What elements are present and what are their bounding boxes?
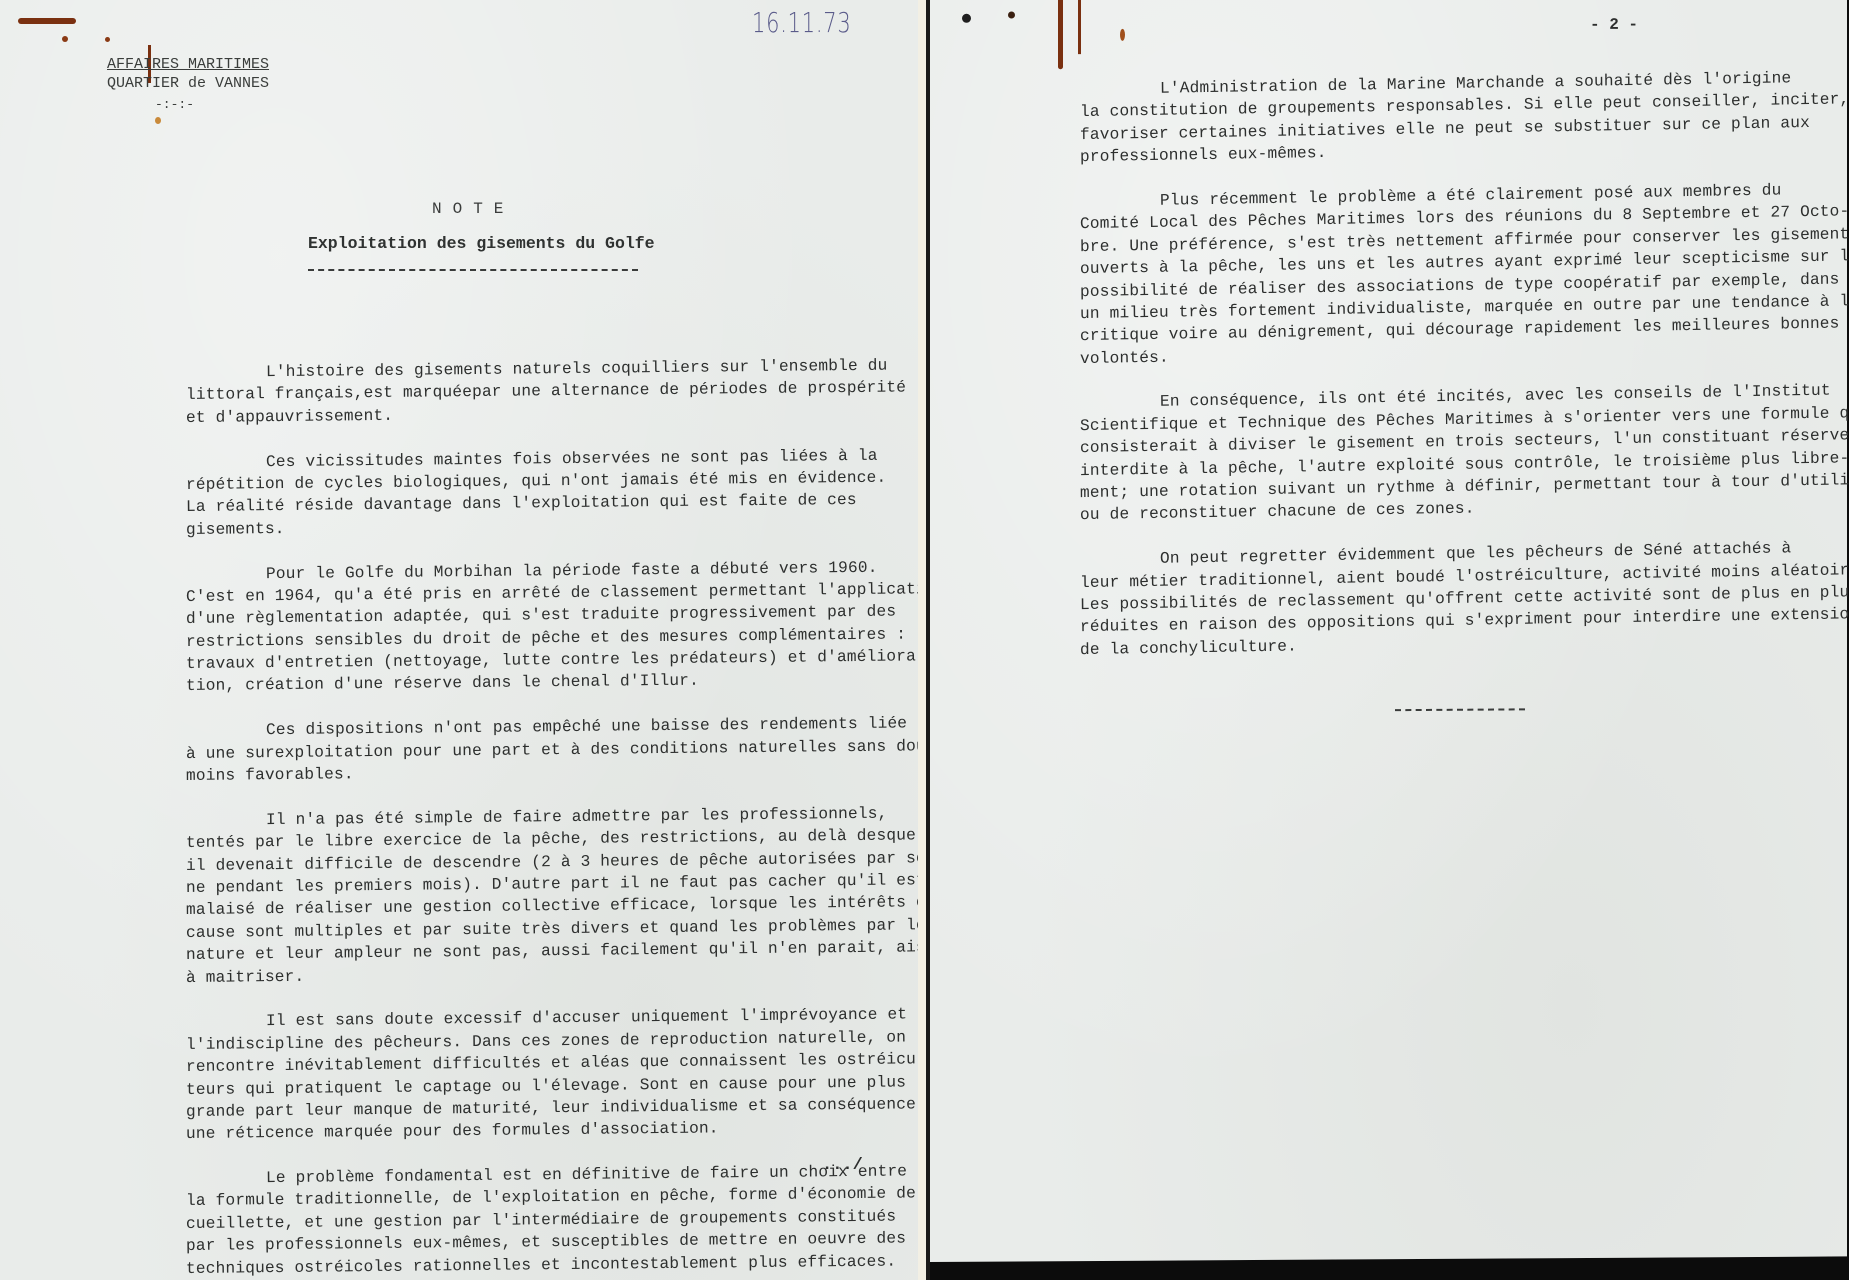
rust-streak <box>1058 0 1063 69</box>
staple-mark <box>18 18 76 24</box>
paragraph: Il est sans doute excessif d'accuser uni… <box>186 1011 955 1145</box>
right-page: - 2 - L'Administration de la Marine Marc… <box>930 0 1847 1262</box>
header-quarter: QUARTIER de VANNES <box>107 75 269 93</box>
paragraph: On peut regretter évidemment que les pêc… <box>1080 544 1849 661</box>
paragraph: L'histoire des gisements naturels coquil… <box>186 362 955 429</box>
title-underline <box>308 269 638 271</box>
rust-spot <box>1008 11 1015 18</box>
page-number: - 2 - <box>1590 16 1638 34</box>
paragraph: Plus récemment le problème a été clairem… <box>1080 186 1849 370</box>
rust-spot <box>155 117 161 124</box>
end-rule <box>1395 708 1525 711</box>
header-office: AFFAIRES MARITIMES <box>107 56 269 74</box>
rust-spot <box>105 37 110 42</box>
paragraph: Le problème fondamental est en définitiv… <box>186 1168 955 1280</box>
rust-streak <box>1078 0 1081 54</box>
continuation-mark: .../ <box>822 1156 863 1175</box>
paragraph: Il n'a pas été simple de faire admettre … <box>186 810 955 989</box>
rust-spot <box>62 36 68 42</box>
paragraph: Ces dispositions n'ont pas empêché une b… <box>186 720 955 787</box>
header-separator: -:-:- <box>155 96 194 114</box>
paragraph: Ces vicissitudes maintes fois observées … <box>186 452 955 542</box>
left-body-text: L'histoire des gisements naturels coquil… <box>186 362 955 1280</box>
rust-spot <box>1120 29 1125 41</box>
left-page: AFFAIRES MARITIMES QUARTIER de VANNES -:… <box>0 0 926 1280</box>
paragraph: Pour le Golfe du Morbihan la période fas… <box>186 564 955 698</box>
paragraph: L'Administration de la Marine Marchande … <box>1080 74 1849 168</box>
page-seam-edge <box>918 0 926 1280</box>
document-title: Exploitation des gisements du Golfe <box>308 234 655 253</box>
right-body-text: L'Administration de la Marine Marchande … <box>1080 74 1849 661</box>
handwritten-date: 16.11.73 <box>752 6 852 39</box>
rust-spot <box>962 14 971 23</box>
note-heading: NOTE <box>432 200 514 218</box>
paragraph: En conséquence, ils ont été incités, ave… <box>1080 388 1849 527</box>
